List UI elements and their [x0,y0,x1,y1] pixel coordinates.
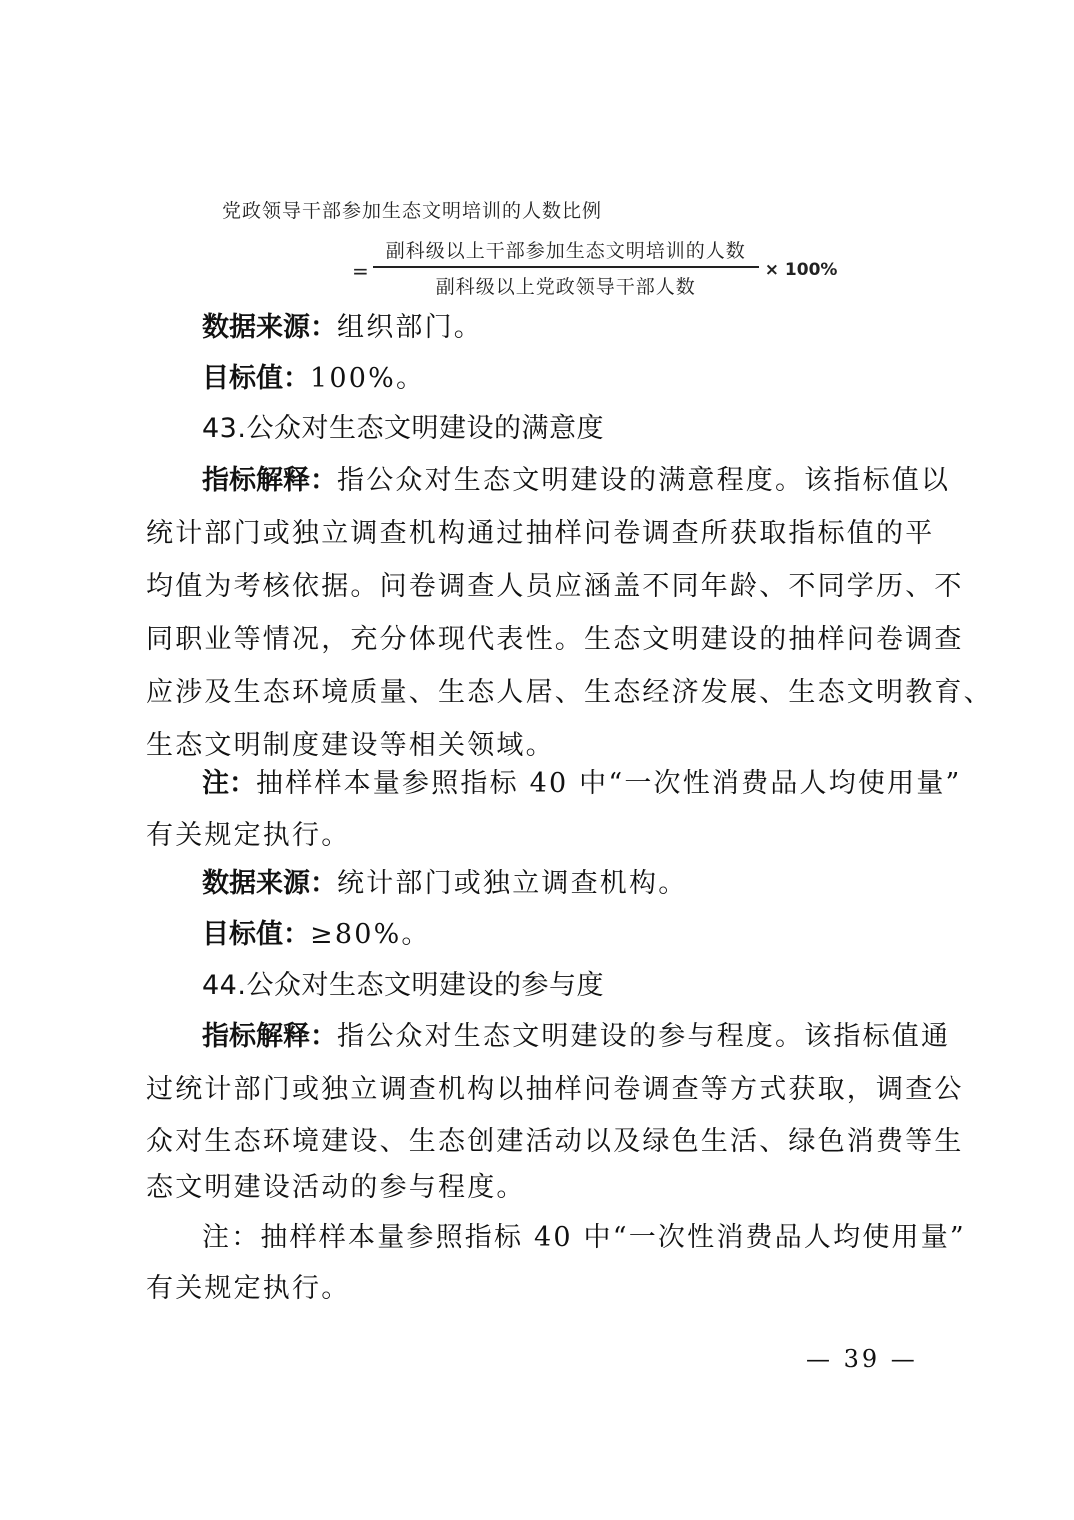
note-label: 注： [202,768,256,799]
item43-source: 数据来源：统计部门或独立调查机构。 [202,868,687,900]
fraction-numerator: 副科级以上干部参加生态文明培训的人数 [384,236,748,266]
item42-source: 数据来源：组织部门。 [202,312,483,344]
page-number: — 39 — [806,1345,918,1373]
target-label: 目标值： [202,919,310,950]
item43-explain-line-1: 统计部门或独立调查机构通过抽样问卷调查所获取指标值的平 [146,518,934,550]
explain-label: 指标解释： [202,1021,337,1052]
item44-note-line-1: 有关规定执行。 [146,1273,350,1305]
item43-explain-line-4: 应涉及生态环境质量、生态人居、生态经济发展、生态文明教育、 [146,677,993,709]
target-value: 100%。 [310,363,425,394]
source-label: 数据来源： [202,868,337,899]
formula-label: 党政领导干部参加生态文明培训的人数比例 [222,196,602,223]
formula: = 副科级以上干部参加生态文明培训的人数 副科级以上党政领导干部人数 × 100… [352,236,837,299]
item44-explain-line-3: 态文明建设活动的参与程度。 [146,1172,526,1204]
item44-explain-line-2: 众对生态环境建设、生态创建活动以及绿色生活、绿色消费等生 [146,1126,964,1158]
source-value: 统计部门或独立调查机构。 [337,868,687,899]
item44-note-line-0: 注：抽样样本量参照指标 40 中“一次性消费品人均使用量” [202,1222,966,1254]
explain-label: 指标解释： [202,465,337,496]
fraction-denominator: 副科级以上党政领导干部人数 [436,268,696,299]
multiplier: × 100% [765,260,838,280]
item43-explain-line-0: 指标解释：指公众对生态文明建设的满意程度。该指标值以 [202,465,950,497]
note-text: 抽样样本量参照指标 40 中“一次性消费品人均使用量” [256,768,962,799]
equals-sign: = [352,259,369,283]
document-page: 党政领导干部参加生态文明培训的人数比例 = 副科级以上干部参加生态文明培训的人数… [0,0,1074,1520]
source-label: 数据来源： [202,312,337,343]
item43-explain-line-3: 同职业等情况，充分体现代表性。生态文明建设的抽样问卷调查 [146,624,964,656]
item43-note-line-0: 注：抽样样本量参照指标 40 中“一次性消费品人均使用量” [202,768,962,800]
source-value: 组织部门。 [337,312,483,343]
item44-heading: 44.公众对生态文明建设的参与度 [202,970,604,1002]
item43-target: 目标值：≥80%。 [202,919,431,951]
fraction: 副科级以上干部参加生态文明培训的人数 副科级以上党政领导干部人数 [373,236,759,299]
item44-explain-line-0: 指标解释：指公众对生态文明建设的参与程度。该指标值通 [202,1021,950,1053]
explain-text: 指公众对生态文明建设的参与程度。该指标值通 [337,1021,950,1052]
target-value: ≥80%。 [310,919,431,950]
item43-explain-line-2: 均值为考核依据。问卷调查人员应涵盖不同年龄、不同学历、不 [146,571,964,603]
item43-heading: 43.公众对生态文明建设的满意度 [202,413,604,445]
target-label: 目标值： [202,363,310,394]
item42-target: 目标值：100%。 [202,363,425,395]
item44-explain-line-1: 过统计部门或独立调查机构以抽样问卷调查等方式获取，调查公 [146,1074,964,1106]
item43-explain-line-5: 生态文明制度建设等相关领域。 [146,730,555,762]
explain-text: 指公众对生态文明建设的满意程度。该指标值以 [337,465,950,496]
item43-note-line-1: 有关规定执行。 [146,820,350,852]
